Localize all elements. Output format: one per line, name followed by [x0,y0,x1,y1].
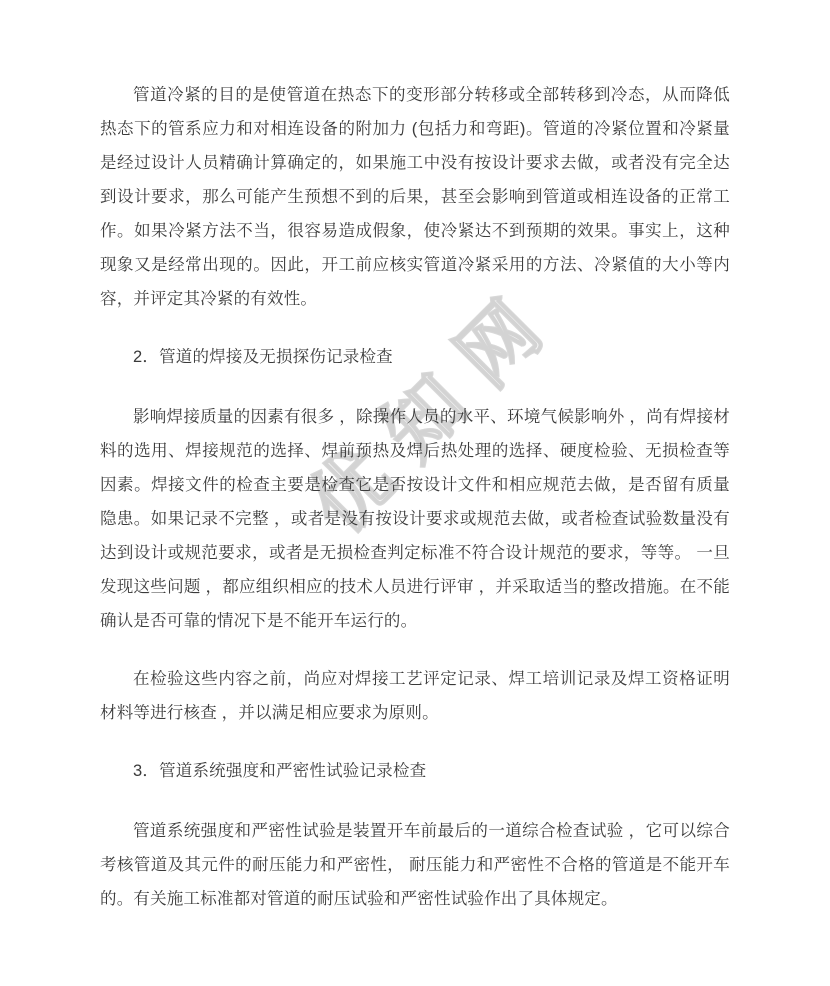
paragraph-welder-records: 在检验这些内容之前，尚应对焊接工艺评定记录、焊工培训记录及焊工资格证明材料等进行… [100,662,730,730]
heading-section-2: 2．管道的焊接及无损探伤记录检查 [100,340,730,374]
paragraph-cold-tightening: 管道冷紧的目的是使管道在热态下的变形部分转移或全部转移到冷态，从而降低热态下的管… [100,78,730,316]
heading-section-3: 3．管道系统强度和严密性试验记录检查 [100,754,730,788]
paragraph-welding-inspection: 影响焊接质量的因素有很多 ，除操作人员的水平、环境气候影响外 ，尚有焊接材料的选… [100,400,730,638]
paragraph-pressure-test: 管道系统强度和严密性试验是装置开车前最后的一道综合检查试验 ，它可以综合考核管道… [100,814,730,916]
document-body: 管道冷紧的目的是使管道在热态下的变形部分转移或全部转移到冷态，从而降低热态下的管… [0,0,830,916]
document-page: 优知网 管道冷紧的目的是使管道在热态下的变形部分转移或全部转移到冷态，从而降低热… [0,0,830,986]
